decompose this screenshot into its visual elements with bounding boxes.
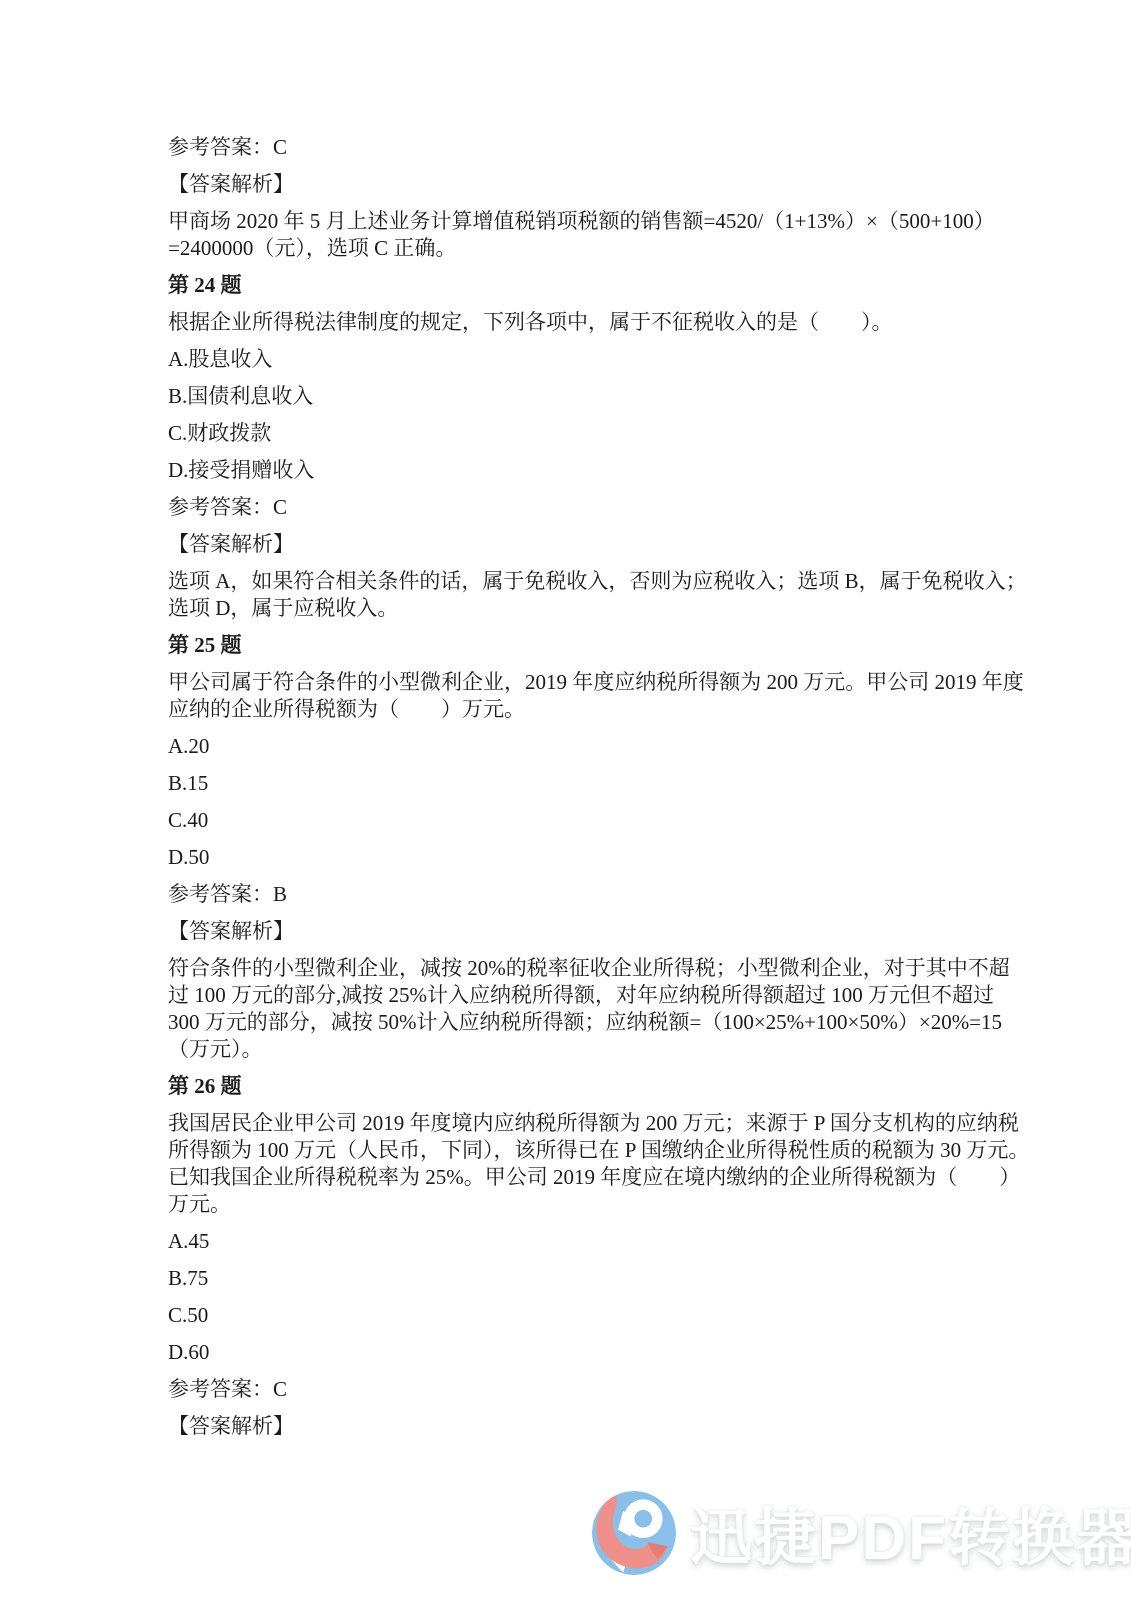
question-26-stem: 我国居民企业甲公司 2019 年度境内应纳税所得额为 200 万元；来源于 P … (168, 1110, 1030, 1218)
q23-analysis-heading: 【答案解析】 (168, 171, 1030, 198)
question-26-answer-line: 参考答案：C (168, 1376, 1030, 1403)
question-26-option-b: B.75 (168, 1265, 1030, 1292)
q23-analysis-text: 甲商场 2020 年 5 月上述业务计算增值税销项税额的销售额=4520/（1+… (168, 208, 1030, 262)
question-25-analysis-text: 符合条件的小型微利企业，减按 20%的税率征收企业所得税；小型微利企业，对于其中… (168, 955, 1030, 1063)
question-24-option-d: D.接受捐赠收入 (168, 457, 1030, 484)
question-26-option-a: A.45 (168, 1228, 1030, 1255)
question-24-analysis-text: 选项 A，如果符合相关条件的话，属于免税收入，否则为应税收入；选项 B，属于免税… (168, 568, 1030, 622)
xunjie-pdf-logo-icon (592, 1491, 676, 1575)
question-25-analysis-heading: 【答案解析】 (168, 918, 1030, 945)
question-24-option-b: B.国债利息收入 (168, 383, 1030, 410)
question-26-option-c: C.50 (168, 1302, 1030, 1329)
page-content: 参考答案：C 【答案解析】 甲商场 2020 年 5 月上述业务计算增值税销项税… (168, 134, 1030, 1450)
watermark-text: 迅捷PDF转换器 (690, 1488, 1131, 1577)
question-24-answer-line: 参考答案：C (168, 494, 1030, 521)
question-24-stem: 根据企业所得税法律制度的规定，下列各项中，属于不征税收入的是（ ）。 (168, 309, 1030, 336)
q23-answer-line: 参考答案：C (168, 134, 1030, 161)
question-25-stem: 甲公司属于符合条件的小型微利企业，2019 年度应纳税所得额为 200 万元。甲… (168, 669, 1030, 723)
question-25-number: 第 25 题 (168, 632, 1030, 659)
question-25-option-d: D.50 (168, 844, 1030, 871)
question-26-option-d: D.60 (168, 1339, 1030, 1366)
question-26-number: 第 26 题 (168, 1073, 1030, 1100)
question-26-analysis-heading: 【答案解析】 (168, 1413, 1030, 1440)
question-24-option-c: C.财政拨款 (168, 420, 1030, 447)
question-24-option-a: A.股息收入 (168, 346, 1030, 373)
question-25-option-b: B.15 (168, 770, 1030, 797)
question-25-option-a: A.20 (168, 733, 1030, 760)
question-25-option-c: C.40 (168, 807, 1030, 834)
document-page: 参考答案：C 【答案解析】 甲商场 2020 年 5 月上述业务计算增值税销项税… (0, 0, 1131, 1600)
question-24-analysis-heading: 【答案解析】 (168, 531, 1030, 558)
question-25-answer-line: 参考答案：B (168, 881, 1030, 908)
question-24-number: 第 24 题 (168, 272, 1030, 299)
watermark: 迅捷PDF转换器 (592, 1488, 1131, 1577)
